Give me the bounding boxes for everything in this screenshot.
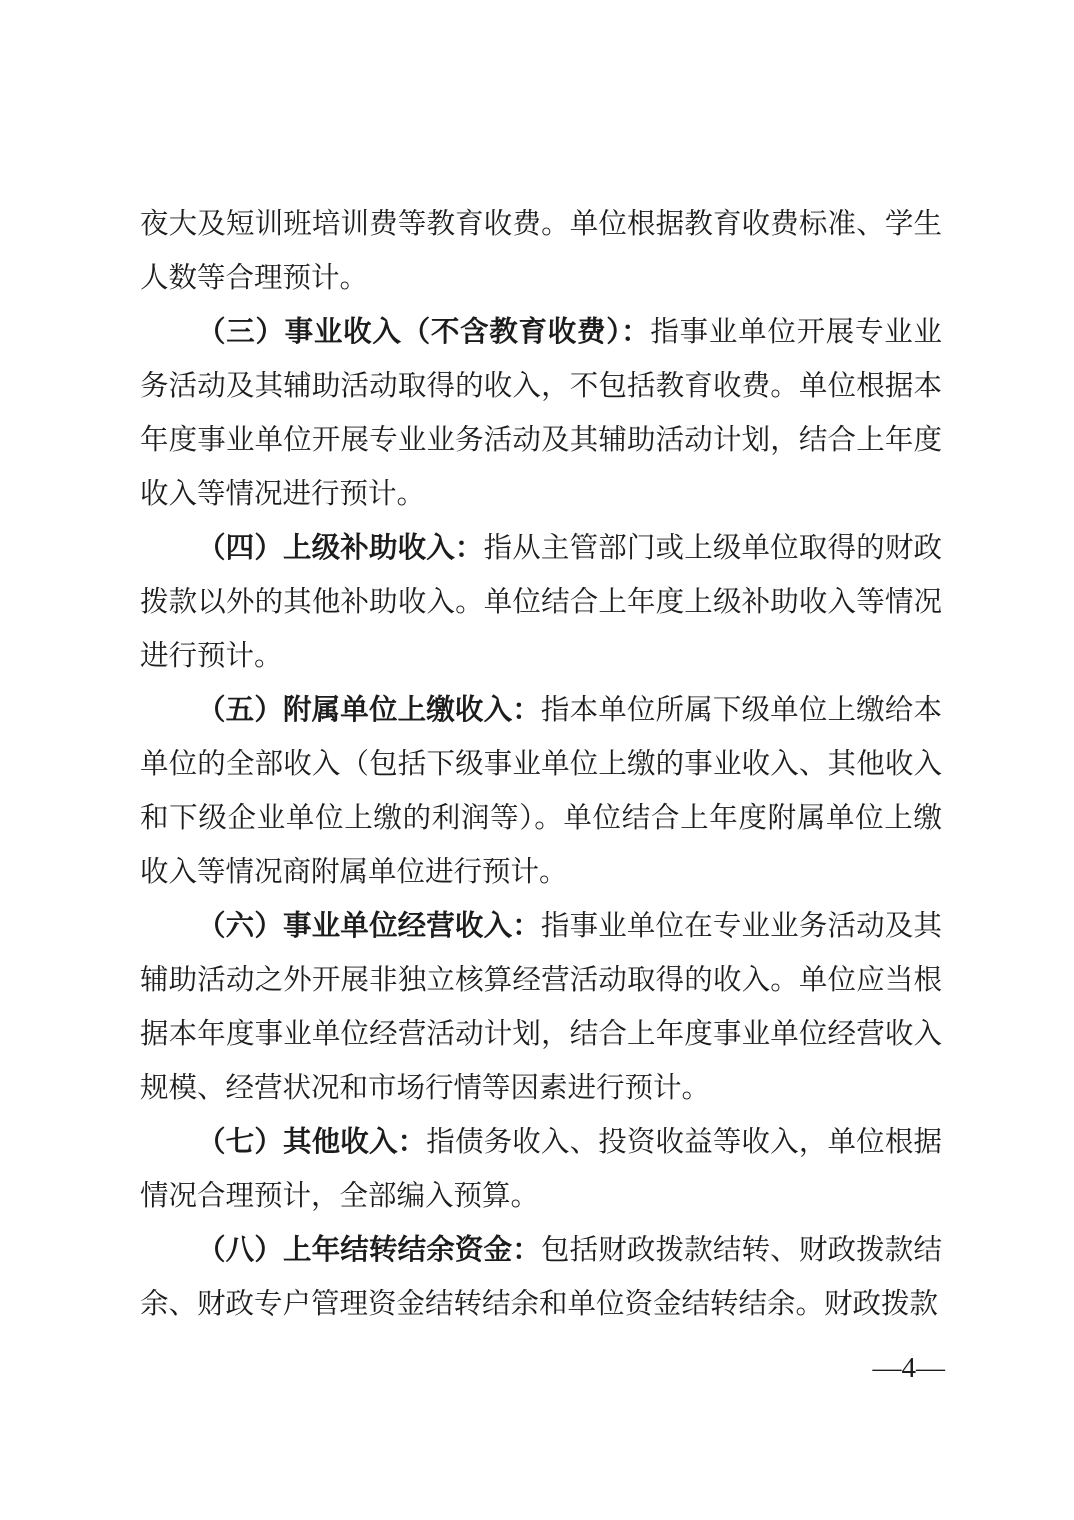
paragraph-lead: （八）上年结转结余资金： xyxy=(197,1235,541,1266)
document-page: 夜大及短训班培训费等教育收费。单位根据教育收费标准、学生人数等合理预计。（三）事… xyxy=(0,0,1074,1520)
paragraph-body: 夜大及短训班培训费等教育收费。单位根据教育收费标准、学生人数等合理预计。 xyxy=(140,209,942,294)
body-text: 夜大及短训班培训费等教育收费。单位根据教育收费标准、学生人数等合理预计。（三）事… xyxy=(140,198,942,1332)
page-number: —4— xyxy=(873,1348,946,1388)
paragraph: （六）事业单位经营收入：指事业单位在专业业务活动及其辅助活动之外开展非独立核算经… xyxy=(140,900,942,1116)
paragraph-lead: （四）上级补助收入： xyxy=(197,533,484,564)
paragraph: 夜大及短训班培训费等教育收费。单位根据教育收费标准、学生人数等合理预计。 xyxy=(140,198,942,306)
paragraph: （三）事业收入（不含教育收费）：指事业单位开展专业业务活动及其辅助活动取得的收入… xyxy=(140,306,942,522)
paragraph: （八）上年结转结余资金：包括财政拨款结转、财政拨款结余、财政专户管理资金结转结余… xyxy=(140,1224,942,1332)
paragraph: （七）其他收入：指债务收入、投资收益等收入，单位根据情况合理预计，全部编入预算。 xyxy=(140,1116,942,1224)
paragraph-lead: （七）其他收入： xyxy=(197,1127,426,1158)
paragraph: （四）上级补助收入：指从主管部门或上级单位取得的财政拨款以外的其他补助收入。单位… xyxy=(140,522,942,684)
paragraph: （五）附属单位上缴收入：指本单位所属下级单位上缴给本单位的全部收入（包括下级事业… xyxy=(140,684,942,900)
paragraph-lead: （三）事业收入（不含教育收费）： xyxy=(197,317,650,348)
paragraph-lead: （五）附属单位上缴收入： xyxy=(197,695,541,726)
paragraph-lead: （六）事业单位经营收入： xyxy=(197,911,541,942)
